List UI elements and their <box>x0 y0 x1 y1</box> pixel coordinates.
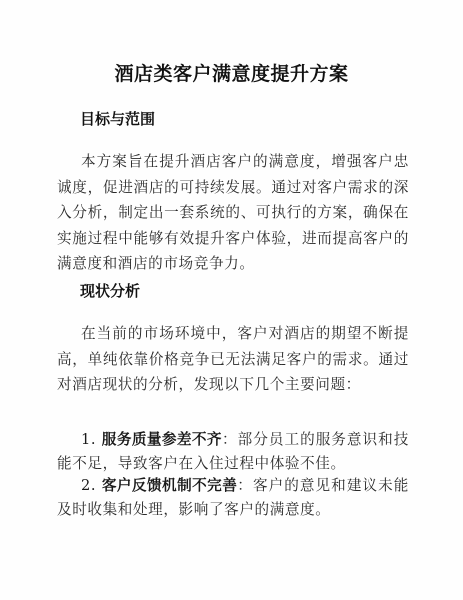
section-heading-status-analysis: 现状分析 <box>80 280 140 301</box>
list-item-separator: ： <box>237 477 253 494</box>
section-heading-goals-scope: 目标与范围 <box>80 108 155 129</box>
document-title: 酒店类客户满意度提升方案 <box>0 59 463 86</box>
list-item: 2. 客户反馈机制不完善：客户的意见和建议未能及时收集和处理，影响了客户的满意度… <box>57 474 409 521</box>
list-item-separator: ： <box>222 431 238 448</box>
list-item-lead: 客户反馈机制不完善 <box>102 477 237 494</box>
list-item-number: 1. <box>81 431 102 448</box>
list-item-lead: 服务质量参差不齐 <box>102 431 222 448</box>
document-page: 酒店类客户满意度提升方案 目标与范围 本方案旨在提升酒店客户的满意度，增强客户忠… <box>0 0 463 600</box>
section-paragraph-goals-scope: 本方案旨在提升酒店客户的满意度，增强客户忠诚度，促进酒店的可持续发展。通过对客户… <box>57 149 409 277</box>
section-paragraph-status-analysis: 在当前的市场环境中，客户对酒店的期望不断提高，单纯依靠价格竞争已无法满足客户的需… <box>57 321 409 398</box>
list-item-number: 2. <box>81 477 102 494</box>
list-item: 1. 服务质量参差不齐：部分员工的服务意识和技能不足，导致客户在入住过程中体验不… <box>57 428 409 475</box>
